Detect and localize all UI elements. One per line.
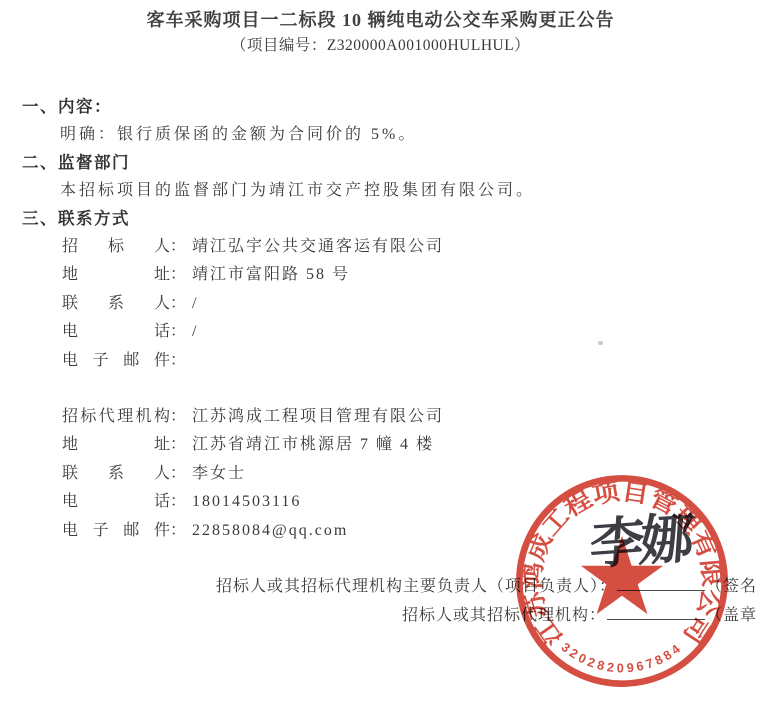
signature-line1-label: 招标人或其招标代理机构主要负责人（项目负责人）：	[216, 578, 616, 595]
project-number: （项目编号：Z320000A001000HULHUL）	[0, 33, 761, 59]
section-1-body: 明确：银行质保函的金额为合同价的 5%。	[60, 121, 761, 149]
row-value: /	[186, 323, 198, 340]
label-colon: ：	[170, 323, 186, 340]
row-label: 招标人	[62, 233, 170, 261]
contact-row-phone: 电话：18014503116	[62, 488, 761, 516]
row-label: 电话	[62, 488, 170, 516]
contact-row-phone: 电话：/	[62, 318, 761, 346]
label-colon: ：	[170, 352, 186, 369]
contact-row-email: 电子邮件：22858084@qq.com	[62, 517, 761, 545]
label-colon: ：	[170, 238, 186, 255]
row-value	[186, 352, 192, 369]
agency-contact-block: 招标代理机构：江苏鸿成工程项目管理有限公司 地址：江苏省靖江市桃源居 7 幢 4…	[62, 403, 761, 545]
tenderer-contact-block: 招标人：靖江弘宇公共交通客运有限公司 地址：靖江市富阳路 58 号 联系人：/ …	[62, 233, 761, 375]
stray-mark	[598, 341, 603, 345]
row-label: 电子邮件	[62, 347, 170, 375]
seal-serial-number: 3202820967884	[558, 639, 685, 675]
signature-line2-label: 招标人或其招标代理机构：	[402, 607, 606, 624]
signature-block: 招标人或其招标代理机构主要负责人（项目负责人）：（签名 招标人或其招标代理机构：…	[0, 572, 761, 630]
section-2-heading: 二、监督部门	[22, 149, 761, 177]
contact-row-person: 联系人：李女士	[62, 460, 761, 488]
row-value: 靖江弘宇公共交通客运有限公司	[186, 238, 444, 255]
section-3-heading: 三、联系方式	[22, 205, 761, 233]
signature-line-organization: 招标人或其招标代理机构：（盖章	[0, 601, 757, 630]
contact-row-address: 地址：江苏省靖江市桃源居 7 幢 4 楼	[62, 431, 761, 459]
contact-row-agency: 招标代理机构：江苏鸿成工程项目管理有限公司	[62, 403, 761, 431]
row-label: 招标代理机构	[62, 403, 170, 431]
stamp-blank-underline	[607, 602, 705, 620]
section-1-heading: 一、内容：	[22, 93, 761, 121]
label-colon: ：	[170, 493, 186, 510]
contact-row-tenderer: 招标人：靖江弘宇公共交通客运有限公司	[62, 233, 761, 261]
row-value: 江苏省靖江市桃源居 7 幢 4 楼	[186, 436, 434, 453]
label-colon: ：	[170, 522, 186, 539]
signature-line-responsible-person: 招标人或其招标代理机构主要负责人（项目负责人）：（签名	[0, 572, 757, 601]
row-value: 靖江市富阳路 58 号	[186, 266, 350, 283]
row-label: 地址	[62, 261, 170, 289]
contact-row-person: 联系人：/	[62, 290, 761, 318]
row-value: 李女士	[186, 465, 246, 482]
contact-row-email: 电子邮件：	[62, 347, 761, 375]
document-page: 客车采购项目一二标段 10 辆纯电动公交车采购更正公告 （项目编号：Z32000…	[0, 0, 761, 719]
svg-text:3202820967884: 3202820967884	[558, 639, 685, 675]
row-label: 联系人	[62, 460, 170, 488]
row-value: 江苏鸿成工程项目管理有限公司	[186, 408, 444, 425]
label-colon: ：	[170, 465, 186, 482]
row-label: 电子邮件	[62, 517, 170, 545]
signature-line2-suffix: （盖章	[706, 607, 757, 624]
row-value: 22858084@qq.com	[186, 522, 348, 539]
label-colon: ：	[170, 436, 186, 453]
row-value: /	[186, 295, 198, 312]
section-2-body: 本招标项目的监督部门为靖江市交产控股集团有限公司。	[60, 177, 761, 205]
contact-row-address: 地址：靖江市富阳路 58 号	[62, 261, 761, 289]
row-label: 电话	[62, 318, 170, 346]
label-colon: ：	[170, 408, 186, 425]
row-value: 18014503116	[186, 493, 301, 510]
signature-blank-underline	[617, 573, 705, 591]
page-title: 客车采购项目一二标段 10 辆纯电动公交车采购更正公告	[0, 0, 761, 33]
label-colon: ：	[170, 295, 186, 312]
row-label: 地址	[62, 431, 170, 459]
signature-line1-suffix: （签名	[706, 578, 757, 595]
label-colon: ：	[170, 266, 186, 283]
row-label: 联系人	[62, 290, 170, 318]
